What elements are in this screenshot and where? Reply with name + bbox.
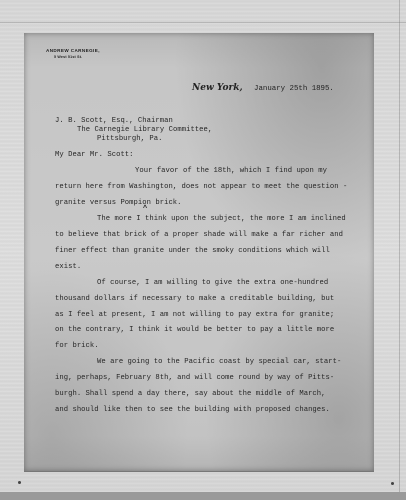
body-line: We are going to the Pacific coast by spe… (97, 358, 341, 366)
punch-hole-mark (18, 481, 21, 484)
body-line: thousand dollars if necessary to make a … (55, 295, 334, 303)
dateline-place: New York, (192, 83, 243, 93)
body-line: granite versus Pompion brick. (55, 199, 182, 207)
recipient-line-1: J. B. Scott, Esq., Chairman (55, 117, 173, 125)
dateline-date: January 25th 1895. (254, 85, 334, 93)
mount-right-edge (399, 0, 400, 492)
recipient-line-3: Pittsburgh, Pa. (97, 135, 162, 143)
body-line: to believe that brick of a proper shade … (55, 231, 343, 239)
salutation: My Dear Mr. Scott: (55, 151, 134, 159)
body-line: ing, perhaps, February 8th, and will com… (55, 374, 334, 382)
correction-caret: ^ (143, 205, 147, 213)
body-line: exist. (55, 263, 81, 271)
body-line: return here from Washington, does not ap… (55, 183, 347, 191)
scan-bottom-border (0, 492, 406, 500)
body-line: Of course, I am willing to give the extr… (97, 279, 328, 287)
letterhead-address: 5 West 51st St. (46, 55, 100, 59)
body-line: for brick. (55, 342, 99, 350)
letterhead-name: ANDREW CARNEGIE, (46, 48, 100, 53)
letterhead: ANDREW CARNEGIE, 5 West 51st St. (46, 48, 100, 59)
body-line: as I feel at present, I am not willing t… (55, 311, 334, 319)
punch-hole-mark (391, 482, 394, 485)
mount-edge-line (0, 22, 406, 23)
body-line: and should like then to see the building… (55, 406, 330, 414)
recipient-line-2: The Carnegie Library Committee, (77, 126, 212, 134)
dateline: New York, January 25th 1895. (192, 83, 334, 93)
body-line: finer effect than granite under the smok… (55, 247, 330, 255)
body-line: Your favor of the 18th, which I find upo… (135, 167, 327, 175)
body-line: burgh. Shall spend a day there, say abou… (55, 390, 326, 398)
body-line: on the contrary, I think it would be bet… (55, 326, 334, 334)
body-line: The more I think upon the subject, the m… (97, 215, 346, 223)
